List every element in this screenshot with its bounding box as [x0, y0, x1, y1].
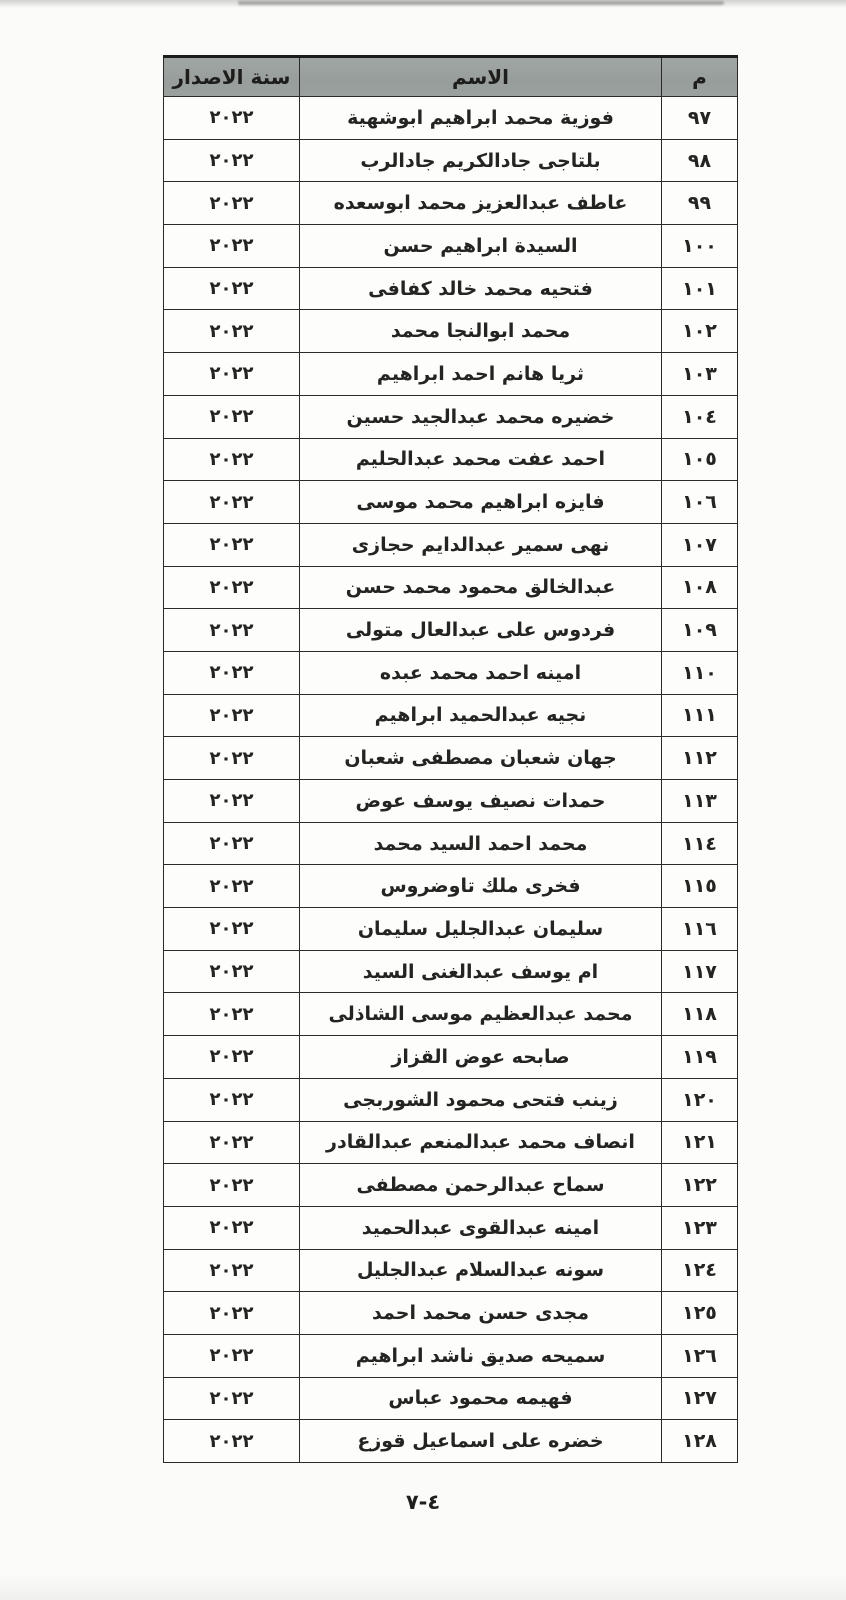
table-row: ١٠٣ ثريا هانم احمد ابراهيم ٢٠٢٢	[164, 353, 738, 396]
row-name-cell: امينه احمد محمد عبده	[300, 651, 662, 694]
table-body: ٩٧ فوزية محمد ابراهيم ابوشهية ٢٠٢٢ ٩٨ بل…	[164, 97, 738, 1463]
row-number-cell: ١٠٨	[662, 566, 738, 609]
header-cell-index: م	[662, 57, 738, 97]
row-name-cell: بلتاجى جادالكريم جادالرب	[300, 139, 662, 182]
table-row: ٩٨ بلتاجى جادالكريم جادالرب ٢٠٢٢	[164, 139, 738, 182]
row-name-cell: خضيره محمد عبدالجيد حسين	[300, 395, 662, 438]
row-number-cell: ١٠١	[662, 267, 738, 310]
row-name-cell: عاطف عبدالعزيز محمد ابوسعده	[300, 182, 662, 225]
row-year-cell: ٢٠٢٢	[164, 737, 300, 780]
row-year-cell: ٢٠٢٢	[164, 822, 300, 865]
row-number-cell: ١١٠	[662, 651, 738, 694]
row-number-cell: ١٠٢	[662, 310, 738, 353]
row-name-cell: امينه عبدالقوى عبدالحميد	[300, 1206, 662, 1249]
row-number-cell: ١٠٤	[662, 395, 738, 438]
row-name-cell: سميحه صديق ناشد ابراهيم	[300, 1334, 662, 1377]
row-year-cell: ٢٠٢٢	[164, 651, 300, 694]
row-year-cell: ٢٠٢٢	[164, 993, 300, 1036]
table-row: ١٠٧ نهى سمير عبدالدايم حجازى ٢٠٢٢	[164, 523, 738, 566]
header-cell-name: الاسم	[300, 57, 662, 97]
table-row: ١٠٤ خضيره محمد عبدالجيد حسين ٢٠٢٢	[164, 395, 738, 438]
row-number-cell: ١٢٥	[662, 1292, 738, 1335]
row-number-cell: ١١٩	[662, 1036, 738, 1079]
table-row: ١١٨ محمد عبدالعظيم موسى الشاذلى ٢٠٢٢	[164, 993, 738, 1036]
row-year-cell: ٢٠٢٢	[164, 267, 300, 310]
table-row: ١٢٨ خضره على اسماعيل قوزع ٢٠٢٢	[164, 1420, 738, 1463]
row-year-cell: ٢٠٢٢	[164, 182, 300, 225]
table-row: ١٢٧ فهيمه محمود عباس ٢٠٢٢	[164, 1377, 738, 1420]
table-row: ١١٢ جهان شعبان مصطفى شعبان ٢٠٢٢	[164, 737, 738, 780]
table-row: ١٢٣ امينه عبدالقوى عبدالحميد ٢٠٢٢	[164, 1206, 738, 1249]
row-number-cell: ١١٤	[662, 822, 738, 865]
row-name-cell: مجدى حسن محمد احمد	[300, 1292, 662, 1335]
row-number-cell: ١٠٣	[662, 353, 738, 396]
row-number-cell: ١٢٢	[662, 1164, 738, 1207]
row-number-cell: ١١١	[662, 694, 738, 737]
row-name-cell: محمد احمد السيد محمد	[300, 822, 662, 865]
row-year-cell: ٢٠٢٢	[164, 950, 300, 993]
row-name-cell: انصاف محمد عبدالمنعم عبدالقادر	[300, 1121, 662, 1164]
row-year-cell: ٢٠٢٢	[164, 780, 300, 823]
row-year-cell: ٢٠٢٢	[164, 225, 300, 268]
row-year-cell: ٢٠٢٢	[164, 353, 300, 396]
row-name-cell: نجيه عبدالحميد ابراهيم	[300, 694, 662, 737]
row-name-cell: فردوس على عبدالعال متولى	[300, 609, 662, 652]
table-row: ١١١ نجيه عبدالحميد ابراهيم ٢٠٢٢	[164, 694, 738, 737]
row-name-cell: سونه عبدالسلام عبدالجليل	[300, 1249, 662, 1292]
names-roster-table: م الاسم سنة الاصدار ٩٧ فوزية محمد ابراهي…	[163, 55, 738, 1463]
row-number-cell: ١٢١	[662, 1121, 738, 1164]
header-cell-year: سنة الاصدار	[164, 57, 300, 97]
row-number-cell: ١٢٠	[662, 1078, 738, 1121]
scan-top-edge-line	[238, 1, 724, 5]
row-name-cell: نهى سمير عبدالدايم حجازى	[300, 523, 662, 566]
row-year-cell: ٢٠٢٢	[164, 1121, 300, 1164]
table-row: ١١٠ امينه احمد محمد عبده ٢٠٢٢	[164, 651, 738, 694]
row-number-cell: ١١٢	[662, 737, 738, 780]
row-name-cell: فخرى ملك تاوضروس	[300, 865, 662, 908]
row-name-cell: خضره على اسماعيل قوزع	[300, 1420, 662, 1463]
table-row: ١٢٤ سونه عبدالسلام عبدالجليل ٢٠٢٢	[164, 1249, 738, 1292]
table-header-row: م الاسم سنة الاصدار	[164, 57, 738, 97]
row-name-cell: زينب فتحى محمود الشوربجى	[300, 1078, 662, 1121]
table-row: ١١٦ سليمان عبدالجليل سليمان ٢٠٢٢	[164, 908, 738, 951]
row-year-cell: ٢٠٢٢	[164, 1334, 300, 1377]
scan-bottom-tint	[0, 1574, 846, 1600]
row-number-cell: ١٠٧	[662, 523, 738, 566]
row-number-cell: ١٢٦	[662, 1334, 738, 1377]
table-row: ١٢٥ مجدى حسن محمد احمد ٢٠٢٢	[164, 1292, 738, 1335]
row-name-cell: فتحيه محمد خالد كفافى	[300, 267, 662, 310]
row-year-cell: ٢٠٢٢	[164, 609, 300, 652]
row-number-cell: ٩٧	[662, 97, 738, 140]
row-number-cell: ١٠٩	[662, 609, 738, 652]
row-year-cell: ٢٠٢٢	[164, 1249, 300, 1292]
row-year-cell: ٢٠٢٢	[164, 395, 300, 438]
row-year-cell: ٢٠٢٢	[164, 1292, 300, 1335]
row-year-cell: ٢٠٢٢	[164, 139, 300, 182]
row-number-cell: ١٠٠	[662, 225, 738, 268]
row-number-cell: ١٢٨	[662, 1420, 738, 1463]
table-row: ١١٤ محمد احمد السيد محمد ٢٠٢٢	[164, 822, 738, 865]
row-name-cell: سليمان عبدالجليل سليمان	[300, 908, 662, 951]
table-row: ١٠٦ فايزه ابراهيم محمد موسى ٢٠٢٢	[164, 481, 738, 524]
row-name-cell: محمد ابوالنجا محمد	[300, 310, 662, 353]
row-name-cell: فايزه ابراهيم محمد موسى	[300, 481, 662, 524]
row-year-cell: ٢٠٢٢	[164, 481, 300, 524]
row-year-cell: ٢٠٢٢	[164, 1420, 300, 1463]
row-name-cell: جهان شعبان مصطفى شعبان	[300, 737, 662, 780]
table-row: ١٠٩ فردوس على عبدالعال متولى ٢٠٢٢	[164, 609, 738, 652]
table-row: ١٢١ انصاف محمد عبدالمنعم عبدالقادر ٢٠٢٢	[164, 1121, 738, 1164]
table-row: ١١٥ فخرى ملك تاوضروس ٢٠٢٢	[164, 865, 738, 908]
row-year-cell: ٢٠٢٢	[164, 523, 300, 566]
table-row: ١٠٠ السيدة ابراهيم حسن ٢٠٢٢	[164, 225, 738, 268]
table-row: ١٢٦ سميحه صديق ناشد ابراهيم ٢٠٢٢	[164, 1334, 738, 1377]
table-row: ١٠٢ محمد ابوالنجا محمد ٢٠٢٢	[164, 310, 738, 353]
row-number-cell: ١٢٣	[662, 1206, 738, 1249]
row-year-cell: ٢٠٢٢	[164, 97, 300, 140]
table-row: ١٠٨ عبدالخالق محمود محمد حسن ٢٠٢٢	[164, 566, 738, 609]
row-year-cell: ٢٠٢٢	[164, 566, 300, 609]
row-year-cell: ٢٠٢٢	[164, 1377, 300, 1420]
table-row: ١١٧ ام يوسف عبدالغنى السيد ٢٠٢٢	[164, 950, 738, 993]
row-name-cell: سماح عبدالرحمن مصطفى	[300, 1164, 662, 1207]
row-number-cell: ١٢٧	[662, 1377, 738, 1420]
table-row: ١١٩ صابحه عوض القزاز ٢٠٢٢	[164, 1036, 738, 1079]
table-row: ١٠٥ احمد عفت محمد عبدالحليم ٢٠٢٢	[164, 438, 738, 481]
table-row: ٩٧ فوزية محمد ابراهيم ابوشهية ٢٠٢٢	[164, 97, 738, 140]
row-number-cell: ١١٥	[662, 865, 738, 908]
row-number-cell: ١٠٥	[662, 438, 738, 481]
row-name-cell: حمدات نصيف يوسف عوض	[300, 780, 662, 823]
row-name-cell: احمد عفت محمد عبدالحليم	[300, 438, 662, 481]
row-name-cell: ثريا هانم احمد ابراهيم	[300, 353, 662, 396]
table-row: ١٠١ فتحيه محمد خالد كفافى ٢٠٢٢	[164, 267, 738, 310]
row-year-cell: ٢٠٢٢	[164, 1036, 300, 1079]
row-number-cell: ١١٦	[662, 908, 738, 951]
row-year-cell: ٢٠٢٢	[164, 1078, 300, 1121]
row-name-cell: ام يوسف عبدالغنى السيد	[300, 950, 662, 993]
row-number-cell: ٩٩	[662, 182, 738, 225]
row-name-cell: فهيمه محمود عباس	[300, 1377, 662, 1420]
row-year-cell: ٢٠٢٢	[164, 1164, 300, 1207]
row-year-cell: ٢٠٢٢	[164, 908, 300, 951]
row-number-cell: ١١٣	[662, 780, 738, 823]
table-row: ١١٣ حمدات نصيف يوسف عوض ٢٠٢٢	[164, 780, 738, 823]
table-row: ٩٩ عاطف عبدالعزيز محمد ابوسعده ٢٠٢٢	[164, 182, 738, 225]
row-name-cell: فوزية محمد ابراهيم ابوشهية	[300, 97, 662, 140]
row-number-cell: ٩٨	[662, 139, 738, 182]
row-number-cell: ١٢٤	[662, 1249, 738, 1292]
row-year-cell: ٢٠٢٢	[164, 865, 300, 908]
row-number-cell: ١١٨	[662, 993, 738, 1036]
row-name-cell: صابحه عوض القزاز	[300, 1036, 662, 1079]
scanned-document-page: م الاسم سنة الاصدار ٩٧ فوزية محمد ابراهي…	[0, 0, 846, 1600]
row-year-cell: ٢٠٢٢	[164, 438, 300, 481]
page-number: ٧-٤	[0, 1490, 846, 1514]
row-year-cell: ٢٠٢٢	[164, 1206, 300, 1249]
row-name-cell: محمد عبدالعظيم موسى الشاذلى	[300, 993, 662, 1036]
row-number-cell: ١٠٦	[662, 481, 738, 524]
row-name-cell: عبدالخالق محمود محمد حسن	[300, 566, 662, 609]
row-number-cell: ١١٧	[662, 950, 738, 993]
row-name-cell: السيدة ابراهيم حسن	[300, 225, 662, 268]
row-year-cell: ٢٠٢٢	[164, 694, 300, 737]
row-year-cell: ٢٠٢٢	[164, 310, 300, 353]
table-row: ١٢٢ سماح عبدالرحمن مصطفى ٢٠٢٢	[164, 1164, 738, 1207]
table-row: ١٢٠ زينب فتحى محمود الشوربجى ٢٠٢٢	[164, 1078, 738, 1121]
